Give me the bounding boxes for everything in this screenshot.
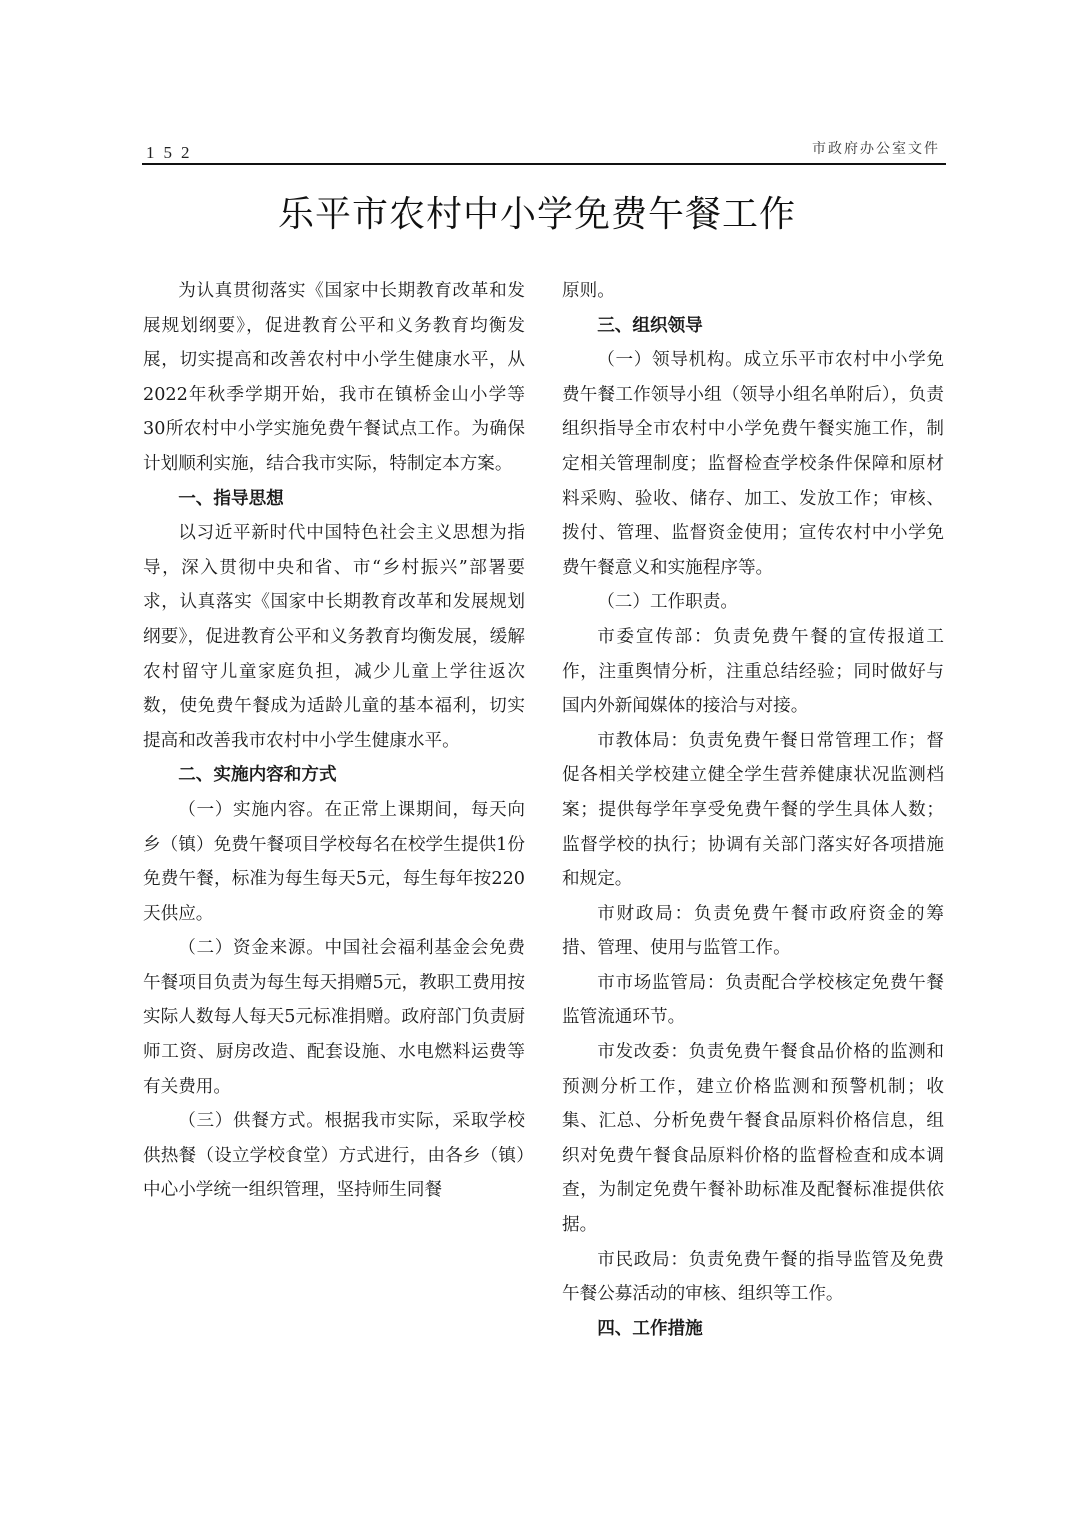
- section-2-item-1: （一）实施内容。在正常上课期间，每天向乡（镇）免费午餐项目学校每名在校学生提供1…: [143, 793, 525, 931]
- duty-propaganda: 市委宣传部：负责免费午餐的宣传报道工作，注重舆情分析，注重总结经验；同时做好与国…: [562, 620, 944, 724]
- duty-education: 市教体局：负责免费午餐日常管理工作；督促各相关学校建立健全学生营养健康状况监测档…: [562, 724, 944, 897]
- duty-civil-affairs: 市民政局：负责免费午餐的指导监管及免费午餐公募活动的审核、组织等工作。: [562, 1243, 944, 1312]
- section-heading-2: 二、实施内容和方式: [143, 758, 525, 793]
- page-number: 152: [146, 143, 199, 163]
- document-page: 152 市政府办公室文件 乐平市农村中小学免费午餐工作 为认真贯彻落实《国家中长…: [0, 0, 1074, 1520]
- section-2-item-3: （三）供餐方式。根据我市实际，采取学校供热餐（设立学校食堂）方式进行，由各乡（镇…: [143, 1104, 525, 1208]
- section-3-item-2: （二）工作职责。: [562, 585, 944, 620]
- running-head: 市政府办公室文件: [812, 138, 940, 158]
- intro-paragraph: 为认真贯彻落实《国家中长期教育改革和发展规划纲要》，促进教育公平和义务教育均衡发…: [143, 274, 525, 482]
- duty-market-supervision: 市市场监管局：负责配合学校核定免费午餐监管流通环节。: [562, 966, 944, 1035]
- header-rule: [142, 163, 946, 165]
- duty-development-reform: 市发改委：负责免费午餐食品价格的监测和预测分析工作，建立价格监测和预警机制；收集…: [562, 1035, 944, 1243]
- section-heading-4: 四、工作措施: [562, 1312, 944, 1347]
- continuation-text: 原则。: [562, 274, 944, 309]
- section-1-body: 以习近平新时代中国特色社会主义思想为指导，深入贯彻中央和省、市“乡村振兴”部署要…: [143, 516, 525, 758]
- document-title: 乐平市农村中小学免费午餐工作: [0, 186, 1074, 237]
- section-heading-3: 三、组织领导: [562, 309, 944, 344]
- section-heading-1: 一、指导思想: [143, 482, 525, 517]
- section-3-item-1: （一）领导机构。成立乐平市农村中小学免费午餐工作领导小组（领导小组名单附后），负…: [562, 343, 944, 585]
- section-2-item-2: （二）资金来源。中国社会福利基金会免费午餐项目负责为每生每天捐赠5元，教职工费用…: [143, 931, 525, 1104]
- left-column: 为认真贯彻落实《国家中长期教育改革和发展规划纲要》，促进教育公平和义务教育均衡发…: [143, 274, 525, 1208]
- duty-finance: 市财政局：负责免费午餐市政府资金的筹措、管理、使用与监管工作。: [562, 897, 944, 966]
- right-column: 原则。 三、组织领导 （一）领导机构。成立乐平市农村中小学免费午餐工作领导小组（…: [562, 274, 944, 1346]
